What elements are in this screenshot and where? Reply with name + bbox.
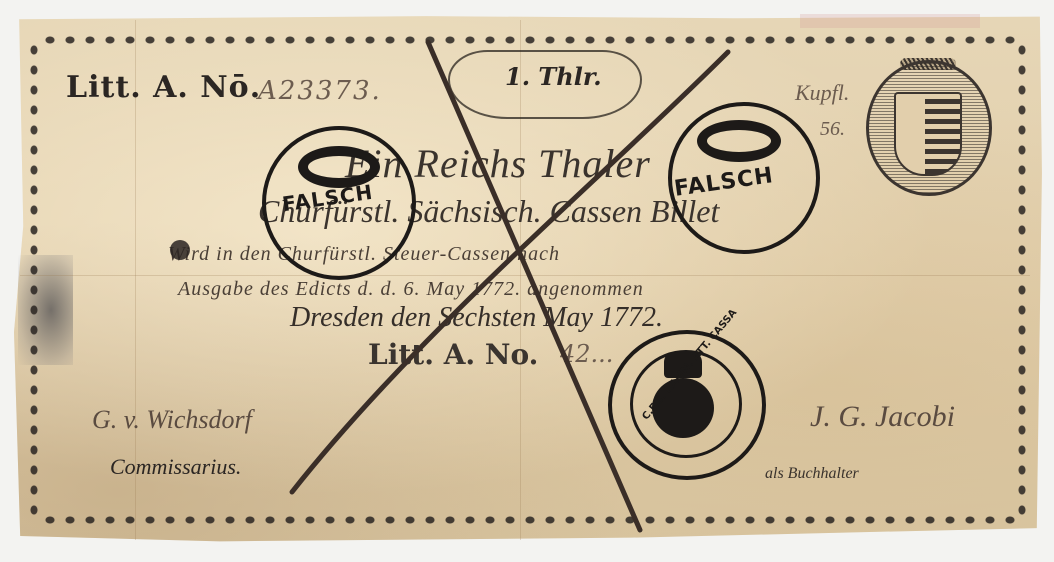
cancellation-x-icon: [0, 0, 1054, 562]
